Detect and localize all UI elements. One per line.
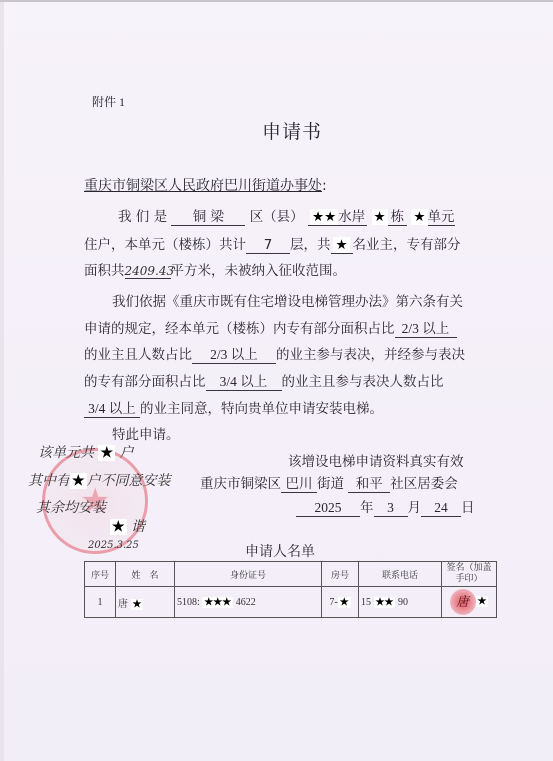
id-text: 5108:: [177, 597, 200, 608]
complex-name: 水岸: [338, 209, 365, 225]
redaction-mask: ★: [411, 209, 427, 225]
date-label: 日: [461, 500, 475, 516]
redaction-mask: ★: [333, 237, 349, 253]
para2-line3: 的业主且人数占比2/3 以上的业主参与表决，并经参与表决: [84, 343, 465, 364]
community-field: 和平: [348, 472, 390, 493]
room-text: 7-: [329, 597, 337, 608]
date-label: 月: [408, 500, 422, 516]
note-text: 其中有: [28, 473, 70, 489]
para1-text: 住户，本单元（楼栋）共计: [84, 237, 246, 253]
cert-text: 社区居委会: [390, 476, 458, 492]
phone-text: 15: [361, 597, 371, 608]
note-text: 该单元共: [38, 445, 94, 461]
month-field: 3: [374, 500, 408, 517]
ratio-field: 3/4 以上: [84, 397, 140, 418]
cert-text: 街道: [317, 476, 344, 492]
certification-date: 2025年3月24日: [296, 496, 475, 517]
para2-line2: 申请的规定，经本单元（楼栋）内专有部分面积占比2/3 以上: [84, 317, 457, 338]
table-row: 1 唐 ★ 5108: ★★★ 4622 7-★ 15 ★★ 90 唐★: [85, 587, 497, 618]
handwritten-note-line3: 其余均安装: [36, 497, 106, 517]
header-cell: 房号: [322, 562, 359, 587]
attachment-label: 附件 1: [92, 93, 125, 110]
roster-title: 申请人名单: [245, 541, 315, 561]
para2-text: 的业主且参与表决人数占比: [282, 374, 444, 390]
redaction-mask: ★: [70, 473, 87, 489]
scan-edge-top: [0, 0, 553, 2]
ratio-field: 3/4 以上: [206, 370, 282, 391]
district-suffix: 区（县）: [250, 209, 304, 225]
building-suffix: 栋: [388, 205, 408, 226]
header-cell: 身份证号: [175, 562, 322, 587]
redaction-mask: ★: [338, 597, 351, 608]
para1-line3: 面积共2409.43平方米，未被纳入征收范围。: [84, 259, 346, 279]
cert-text: 重庆市铜梁区: [200, 476, 281, 492]
certification-statement: 该增设电梯申请资料真实有效: [288, 450, 464, 470]
redaction-mask: ★: [110, 519, 127, 535]
district-field: 铜 梁: [171, 205, 245, 226]
handwritten-note-line2: 其中有★户不同意安装: [28, 470, 171, 490]
name-text: 唐: [118, 599, 128, 610]
street-field: 巴川: [281, 472, 317, 493]
fingerprint-signature: 唐: [450, 589, 476, 615]
floors-field: 7: [246, 237, 290, 254]
row-id: 5108: ★★★ 4622: [175, 587, 322, 618]
para1-line2: 住户，本单元（楼栋）共计7层，共★名业主，专有部分: [84, 233, 461, 254]
date-label: 年: [360, 500, 374, 516]
redaction-mask: ★: [476, 596, 489, 607]
addressee: 重庆市铜梁区人民政府巴川街道办事处:: [84, 175, 327, 195]
row-signature: 唐★: [442, 587, 497, 618]
addressee-colon: :: [322, 178, 327, 194]
table-header-row: 序号 姓 名 身份证号 房号 联系电话 签名（加盖手印）: [85, 562, 497, 587]
redaction-mask: ★★★: [202, 597, 233, 608]
para1-text: 平方米，未被纳入征收范围。: [171, 263, 347, 279]
para1-lead: 我 们 是: [118, 209, 167, 225]
ratio-field: 2/3 以上: [192, 343, 276, 364]
note-text: 谐: [131, 519, 145, 535]
row-room: 7-★: [322, 587, 359, 618]
para1-text: 名业主，专有部分: [353, 237, 461, 253]
para2-text: 的业主参与表决，并经参与表决: [276, 347, 465, 363]
handwritten-note-line1: 该单元共 ★ 户: [38, 442, 133, 462]
para1-text: 面积共: [84, 263, 125, 279]
scan-edge: [0, 0, 4, 761]
handwritten-note-line4: ★ 谐: [110, 516, 145, 536]
note-text: 户: [119, 445, 133, 461]
area-field: 2409.43: [125, 264, 171, 279]
row-phone: 15 ★★ 90: [359, 587, 442, 618]
para2-text: 的业主且人数占比: [84, 347, 192, 363]
redaction-mask: ★★: [374, 597, 396, 608]
row-name: 唐 ★: [116, 587, 175, 618]
addressee-name: 重庆市铜梁区人民政府巴川街道办事处: [84, 178, 322, 194]
redaction-mask: ★: [98, 445, 115, 461]
para1-text: 层，共: [290, 237, 331, 253]
header-cell: 联系电话: [359, 562, 442, 587]
note-text: 户不同意安装: [87, 473, 171, 489]
redaction-mask: ★: [131, 599, 144, 610]
owners-field: ★: [331, 237, 353, 254]
year-field: 2025: [296, 500, 360, 517]
unit-suffix: 单元: [428, 205, 455, 226]
redaction-mask: ★: [372, 209, 388, 225]
day-field: 24: [421, 500, 461, 517]
handwritten-date: 2025.3.25: [88, 540, 139, 551]
para2-text: 的业主同意，特向贵单位申请安装电梯。: [140, 401, 383, 417]
complex-field: ★★水岸: [308, 205, 367, 226]
phone-text: 90: [398, 597, 408, 608]
certification-community: 重庆市铜梁区巴川街道 和平社区居委会: [200, 472, 458, 493]
document-title: 申请书: [262, 117, 322, 144]
para2-line4: 的专有部分面积占比3/4 以上的业主且参与表决人数占比: [84, 370, 444, 391]
id-text: 4622: [236, 597, 256, 608]
para2-line5: 3/4 以上的业主同意，特向贵单位申请安装电梯。: [84, 397, 383, 418]
para1-line1: 我 们 是 铜 梁 区（县） ★★水岸 ★栋 ★单元: [118, 205, 455, 226]
header-cell: 签名（加盖手印）: [442, 562, 497, 587]
applicant-roster-table: 序号 姓 名 身份证号 房号 联系电话 签名（加盖手印） 1 唐 ★ 5108:…: [84, 561, 497, 618]
para2-line1: 我们依据《重庆市既有住宅增设电梯管理办法》第六条有关: [112, 290, 463, 310]
para2-text: 申请的规定，经本单元（楼栋）内专有部分面积占比: [84, 321, 395, 337]
ratio-field: 2/3 以上: [395, 317, 457, 338]
header-cell: 序号: [85, 562, 116, 587]
closing-text: 特此申请。: [112, 423, 180, 443]
row-no: 1: [85, 587, 116, 618]
redaction-mask: ★★: [310, 209, 338, 225]
header-cell: 姓 名: [116, 562, 175, 587]
document-page: 附件 1 申请书 重庆市铜梁区人民政府巴川街道办事处: 我 们 是 铜 梁 区（…: [0, 0, 553, 761]
para2-text: 的专有部分面积占比: [84, 374, 206, 390]
